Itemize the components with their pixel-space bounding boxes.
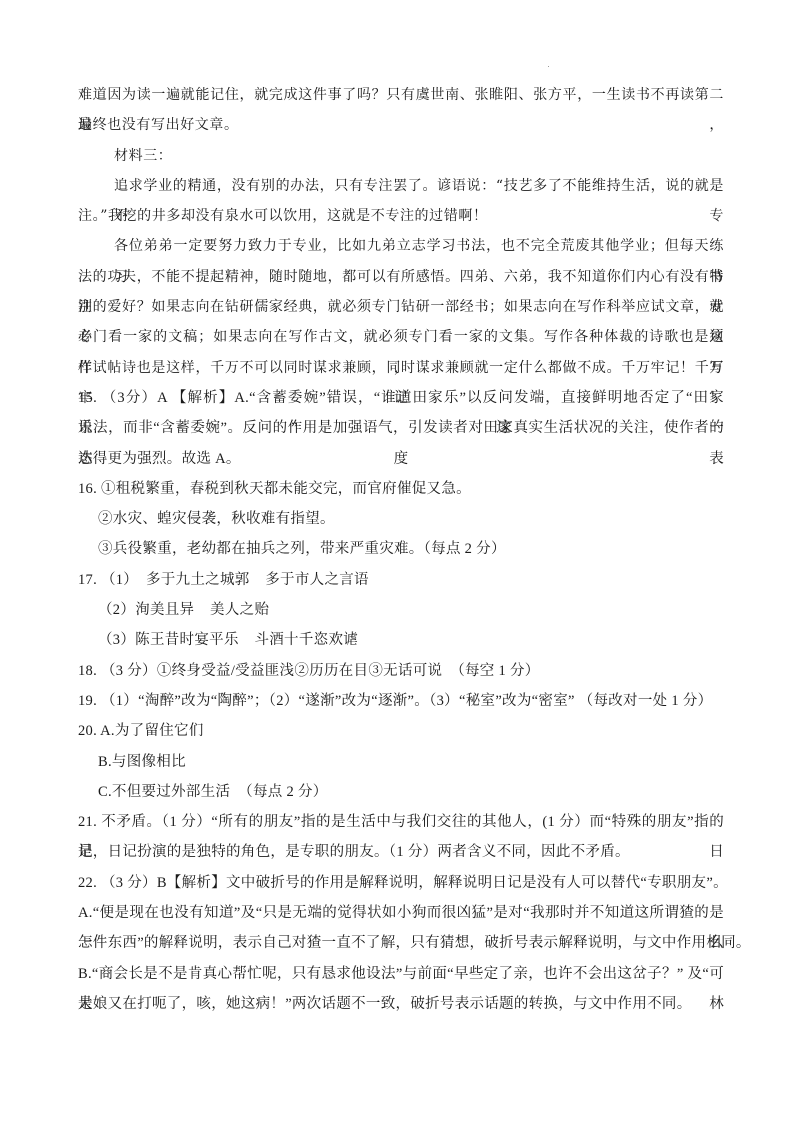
answer-20-c: C.不但要过外部生活 （每点 2 分）: [78, 777, 724, 807]
answer-20-b: B.与图像相比: [78, 747, 724, 777]
text-line: 专门看一家的文稿；如果志向在写作古文，就必须专门看一家的文集。写作各种体裁的诗歌…: [78, 322, 724, 352]
text-line: 追求学业的精通，没有别的办法，只有专注罢了。谚语说：“技艺多了不能维持生活，说的…: [78, 171, 724, 201]
answer-16-point-3: ③兵役繁重，老幼都在抽兵之列，带来严重灾难。（每点 2 分）: [78, 534, 724, 564]
answer-22-line: 一件东西”的解释说明，表示自己对猹一直不了解，只有猜想，破折号表示解释说明，与文…: [78, 928, 724, 958]
answer-22-line: 大娘又在打呃了，咳，她这病！”两次话题不一致，破折号表示话题的转换，与文中作用不…: [78, 989, 724, 1019]
answer-16-point-1: 16. ①租税繁重，春税到秋天都未能交完，而官府催促又急。: [78, 474, 724, 504]
answer-15-line: 说法，而非“含蓄委婉”。反问的作用是加强语气，引发读者对田家真实生活状况的关注，…: [78, 413, 724, 443]
answer-17-part-3: （3）陈王昔时宴平乐 斗酒十千恣欢谑: [78, 625, 724, 655]
answer-17-part-2: （2）洵美且异 美人之贻: [78, 595, 724, 625]
answer-22-line: B.“商会长是不是肯真心帮忙呢，只有恳求他设法”与前面“早些定了亲，也许不会出这…: [78, 959, 724, 989]
text-line: 各位弟弟一定要努力致力于专业，比如九弟立志学习书法，也不完全荒废其他学业；但每天…: [78, 231, 724, 261]
answer-19: 19. （1）“淘醉”改为“陶醉”；（2）“遂渐”改为“逐渐”。（3）“秘室”改…: [78, 686, 724, 716]
answer-16-point-2: ②水灾、蝗灾侵袭，秋收难有指望。: [78, 504, 724, 534]
answer-22-line: A.“便是现在也没有知道”及“只是无端的觉得状如小狗而很凶猛”是对“我那时并不知…: [78, 898, 724, 928]
answer-20-a: 20. A.为了留住它们: [78, 716, 724, 746]
text-line: 难道因为读一遍就能记住，就完成这件事了吗？只有虞世南、张睢阳、张方平，一生读书不…: [78, 80, 724, 110]
answer-15-line: 15. （3分）A 【解析】A.“含蓄委婉”错误，“谁道田家乐”以反问发端，直接…: [78, 383, 724, 413]
answer-18: 18. （3 分）①终身受益/受益匪浅②历历在目③无话可说 （每空 1 分）: [78, 656, 724, 686]
answer-22-line: 22. （3 分）B【解析】文中破折号的作用是解释说明，解释说明日记是没有人可以…: [78, 868, 724, 898]
text-line: 法的功夫，不能不提起精神，随时随地，都可以有所感悟。四弟、六弟，我不知道你们内心…: [78, 262, 724, 292]
section-heading: 材料三：: [78, 141, 724, 171]
text-line: 注的爱好？如果志向在钻研儒家经典，就必须专门钻研一部经书；如果志向在写作科举应试…: [78, 292, 724, 322]
answer-21-line: 21. 不矛盾。（1 分）“所有的朋友”指的是生活中与我们交往的其他人，(1 分…: [78, 807, 724, 837]
document-page: 难道因为读一遍就能记住，就完成这件事了吗？只有虞世南、张睢阳、张方平，一生读书不…: [78, 80, 724, 1019]
text-line: 作试帖诗也是这样，千万不可以同时谋求兼顾，同时谋求兼顾就一定什么都做不成。千万牢…: [78, 353, 724, 383]
scan-speck: [548, 66, 549, 67]
answer-21-line: 记，日记扮演的是独特的角色，是专职的朋友。（1 分）两者含义不同，因此不矛盾。: [78, 837, 724, 867]
answer-17-part-1: 17. （1） 多于九土之城郭 多于市人之言语: [78, 565, 724, 595]
